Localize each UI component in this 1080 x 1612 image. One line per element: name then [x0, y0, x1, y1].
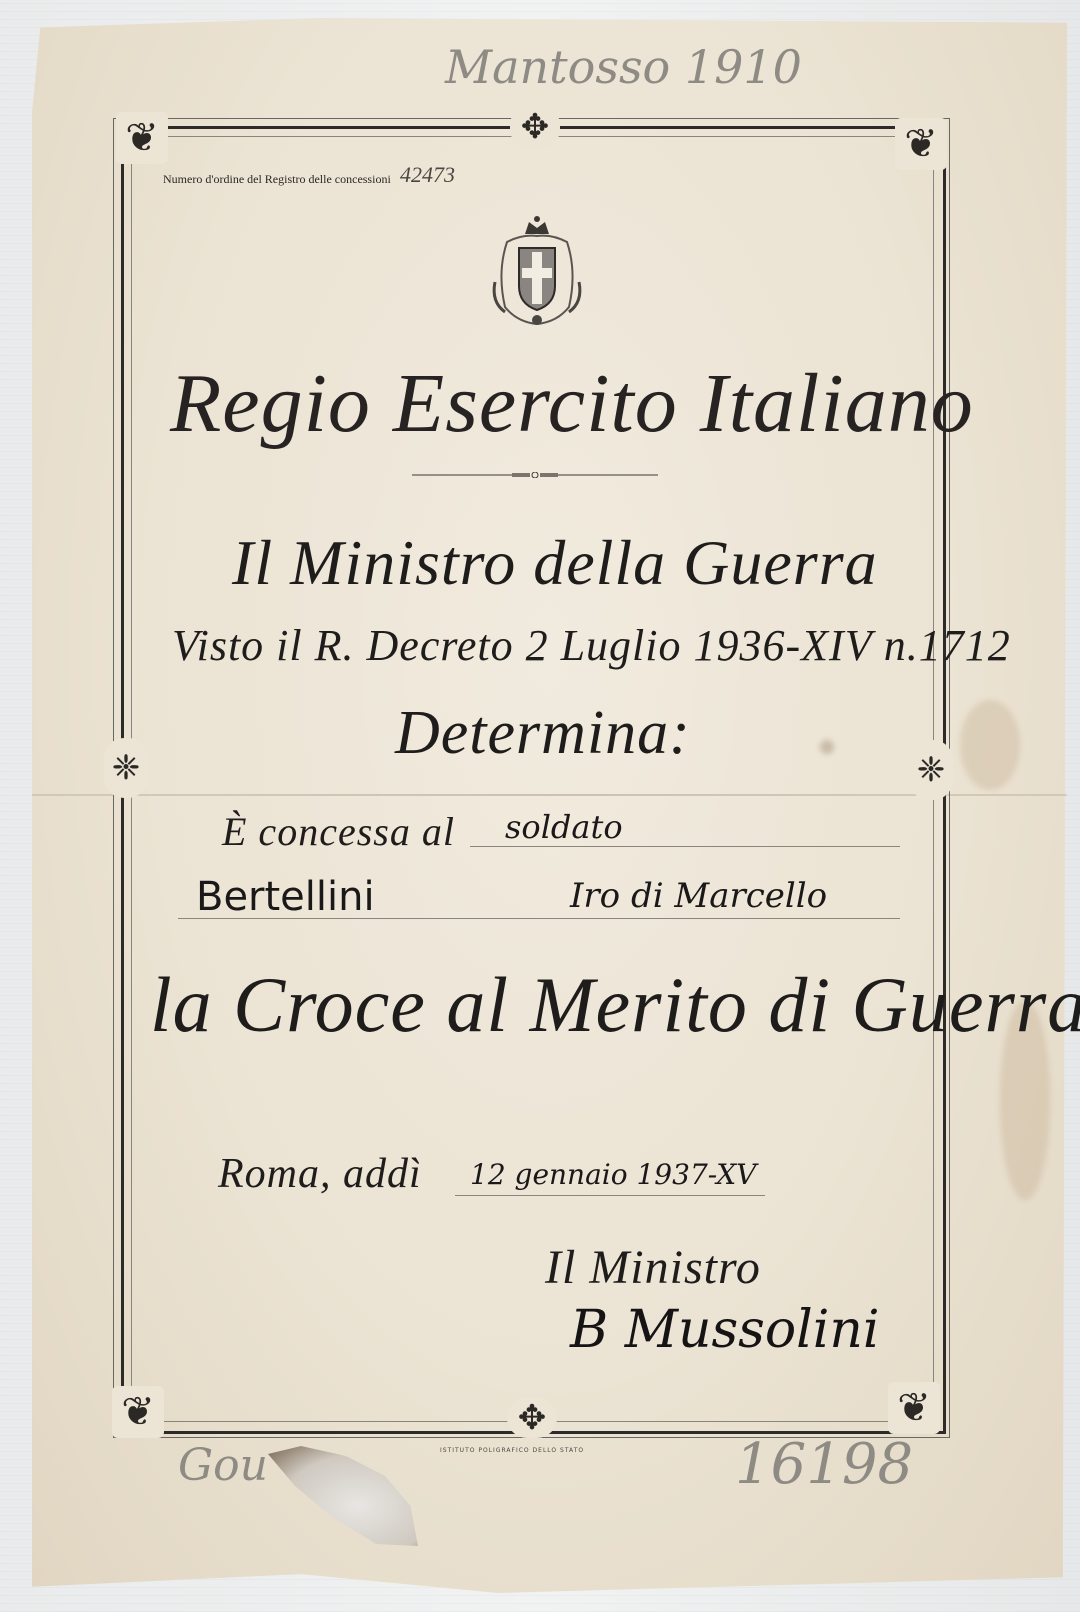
grant-prefix: È concessa al	[222, 808, 455, 855]
stain	[960, 700, 1020, 790]
printer-imprint: ISTITUTO POLIGRAFICO DELLO STATO	[440, 1447, 584, 1454]
corner-ornament-icon: ❦	[112, 1386, 164, 1438]
recipient-surname: Bertellini	[196, 874, 375, 920]
pencil-note-bottom-right: 16198	[735, 1432, 913, 1497]
coat-of-arms-icon	[487, 212, 587, 334]
right-mid-ornament-icon: ❈	[909, 740, 953, 800]
title-regio-esercito: Regio Esercito Italiano	[170, 355, 974, 452]
corner-ornament-icon: ❦	[116, 112, 168, 164]
corner-ornament-icon: ❦	[895, 118, 947, 170]
corner-ornament-icon: ❦	[888, 1382, 940, 1434]
award-name: la Croce al Merito di Guerra	[150, 960, 1080, 1050]
title-divider	[412, 472, 658, 478]
rank-fill-line	[470, 846, 900, 847]
pencil-note-top: Mantosso 1910	[445, 40, 802, 94]
registry-label: Numero d'ordine del Registro delle conce…	[163, 172, 391, 187]
date-fill-line	[455, 1195, 765, 1196]
top-center-ornament-icon: ✥	[510, 105, 560, 149]
signatory-title: Il Ministro	[545, 1240, 761, 1295]
issue-date: 12 gennaio 1937-XV	[470, 1158, 756, 1191]
determina-heading: Determina:	[395, 698, 691, 769]
pencil-note-bottom-left: Gou	[178, 1440, 268, 1491]
registry-number: 42473	[400, 162, 455, 188]
issuer-heading: Il Ministro della Guerra	[232, 526, 878, 600]
minister-signature: B Mussolini	[570, 1300, 880, 1360]
place-date-prefix: Roma, addì	[218, 1150, 422, 1198]
rank-handwritten: soldato	[505, 808, 623, 846]
decree-reference: Visto il R. Decreto 2 Luglio 1936-XIV n.…	[172, 620, 1011, 671]
recipient-given-name: Iro di Marcello	[570, 876, 827, 916]
bottom-center-ornament-icon: ✥	[507, 1398, 557, 1438]
left-mid-ornament-icon: ❈	[104, 738, 148, 798]
